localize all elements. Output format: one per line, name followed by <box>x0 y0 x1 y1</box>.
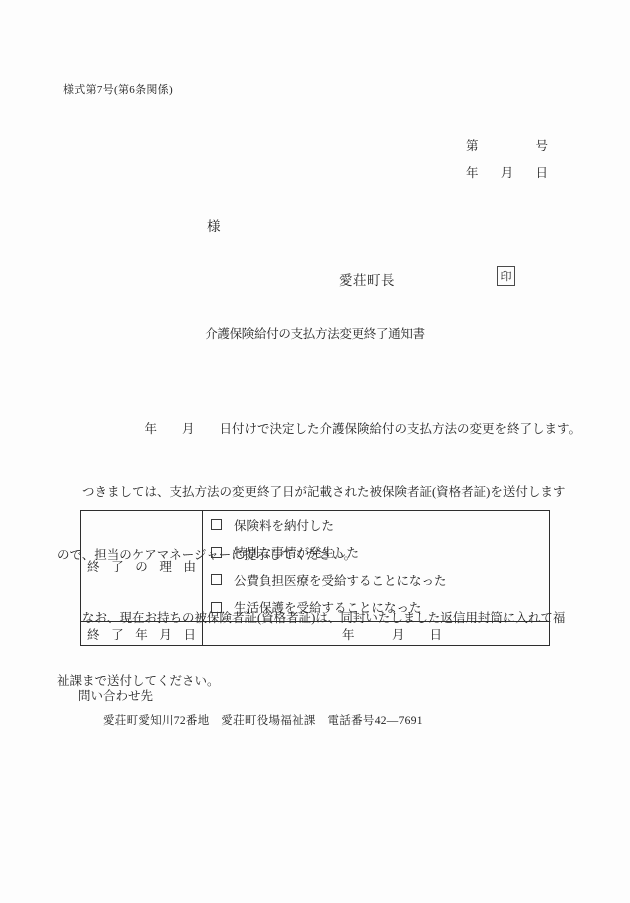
end-date-value-cell: 年 月 日 <box>203 622 549 645</box>
addressee-honorific: 様 <box>207 215 221 235</box>
document-number-suffix: 号 <box>535 136 548 154</box>
end-date-row: 終 了 年 月 日 年 月 日 <box>81 622 549 645</box>
reason-option-label: 生活保護を受給することになった <box>234 598 422 616</box>
reason-header-cell: 終 了 の 理 由 <box>81 511 203 621</box>
document-title: 介護保険給付の支払方法変更終了通知書 <box>0 324 630 342</box>
document-number-line: 第 号 <box>466 136 548 154</box>
contact-heading: 問い合わせ先 <box>78 686 153 704</box>
reason-option-label: 公費負担医療を受給することになった <box>234 571 447 589</box>
reason-option-label: 保険料を納付した <box>234 516 334 534</box>
reason-option: 生活保護を受給することになった <box>211 598 549 616</box>
body-line: つきましては、支払方法の変更終了日が記載された被保険者証(資格者証)を送付します <box>57 482 587 503</box>
sender-mayor-label: 愛荘町長 <box>339 269 395 289</box>
checkbox-icon[interactable] <box>211 547 222 558</box>
form-number-label: 様式第7号(第6条関係) <box>63 81 173 97</box>
date-day-label: 日 <box>535 163 548 181</box>
checkbox-icon[interactable] <box>211 519 222 530</box>
document-number-prefix: 第 <box>466 136 479 154</box>
reason-header-label: 終 了 の 理 由 <box>87 557 196 575</box>
checkbox-icon[interactable] <box>211 602 222 613</box>
reason-row: 終 了 の 理 由 保険料を納付した 特別な事情が発生した 公費負担医療を受給す… <box>81 511 549 622</box>
reason-option: 保険料を納付した <box>211 516 549 534</box>
document-date-line: 年 月 日 <box>466 163 548 181</box>
official-seal-box: 印 <box>497 266 515 286</box>
end-date-header-cell: 終 了 年 月 日 <box>81 622 203 645</box>
contact-address: 愛荘町愛知川72番地 愛荘町役場福祉課 電話番号42―7691 <box>103 712 423 728</box>
body-line: 年 月 日付けで決定した介護保険給付の支払方法の変更を終了します。 <box>57 419 587 440</box>
notice-document-page: 様式第7号(第6条関係) 第 号 年 月 日 様 愛荘町長 印 介護保険給付の支… <box>0 0 630 903</box>
date-year-label: 年 <box>466 163 479 181</box>
end-date-header-label: 終 了 年 月 日 <box>87 625 196 643</box>
reason-option: 特別な事情が発生した <box>211 543 549 561</box>
reason-option: 公費負担医療を受給することになった <box>211 571 549 589</box>
reason-options-cell: 保険料を納付した 特別な事情が発生した 公費負担医療を受給することになった 生活… <box>203 511 549 621</box>
reason-option-label: 特別な事情が発生した <box>234 543 359 561</box>
termination-reason-table: 終 了 の 理 由 保険料を納付した 特別な事情が発生した 公費負担医療を受給す… <box>80 510 550 646</box>
checkbox-icon[interactable] <box>211 574 222 585</box>
date-month-label: 月 <box>501 163 514 181</box>
